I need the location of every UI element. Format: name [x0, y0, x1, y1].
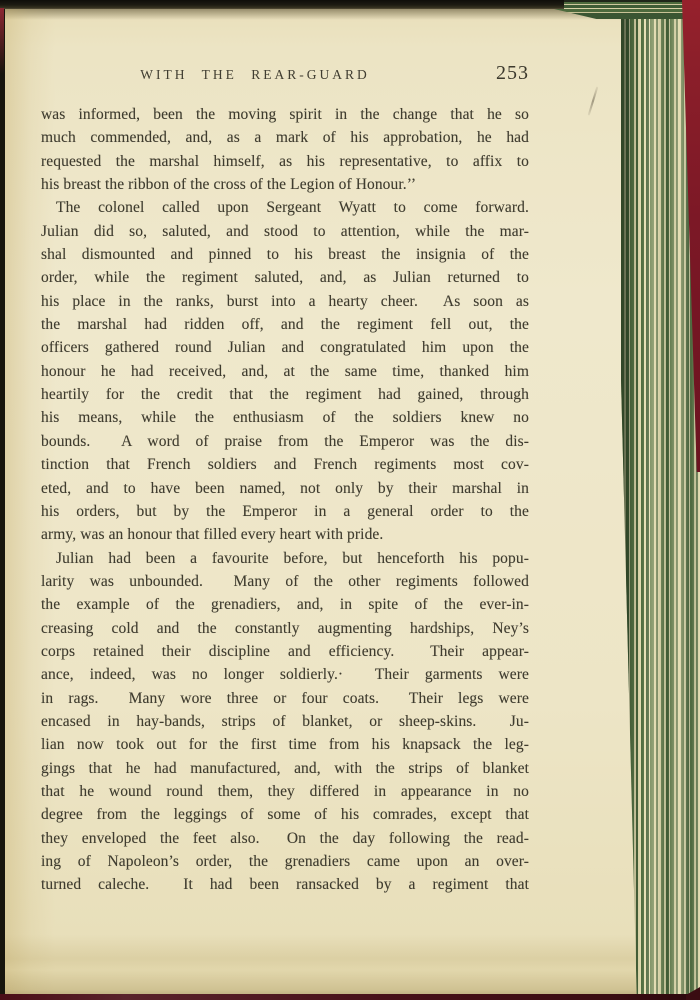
- text-line: degree from the leggings of some of his …: [41, 803, 529, 826]
- book-cover-left-sliver: [0, 8, 4, 74]
- text-line: shal dismounted and pinned to his breast…: [41, 243, 529, 266]
- text-line: Julian did so, saluted, and stood to att…: [41, 220, 529, 243]
- book-bottom-cover-edge: [0, 994, 696, 1000]
- text-line: encased in hay-bands, strips of blanket,…: [41, 710, 529, 733]
- text-line: gings that he had manufactured, and, wit…: [41, 757, 529, 780]
- text-line: army, was an honour that filled every he…: [41, 523, 529, 546]
- text-line: corps retained their discipline and effi…: [41, 640, 529, 663]
- text-line: eted, and to have been named, not only b…: [41, 477, 529, 500]
- scanned-book-photo: WITH THE REAR-GUARD 253 was informed, be…: [0, 0, 700, 1000]
- text-line: much commended, and, as a mark of his ap…: [41, 126, 529, 149]
- text-line: officers gathered round Julian and congr…: [41, 336, 529, 359]
- text-line: The colonel called upon Sergeant Wyatt t…: [41, 196, 529, 219]
- book-top-edge-shadow: [0, 0, 564, 9]
- text-line: they enveloped the feet also. On the day…: [41, 827, 529, 850]
- running-header: WITH THE REAR-GUARD: [41, 67, 529, 83]
- text-line: order, while the regiment saluted, and, …: [41, 266, 529, 289]
- book-page: WITH THE REAR-GUARD 253 was informed, be…: [5, 9, 639, 996]
- text-line: tinction that French soldiers and French…: [41, 453, 529, 476]
- text-line: the example of the grenadiers, and, in s…: [41, 593, 529, 616]
- text-line: requested the marshal himself, as his re…: [41, 150, 529, 173]
- text-line: the marshal had ridden off, and the regi…: [41, 313, 529, 336]
- text-line: turned caleche. It had been ransacked by…: [41, 873, 529, 896]
- text-line: Julian had been a favourite before, but …: [41, 547, 529, 570]
- page-text: was informed, been the moving spirit in …: [41, 103, 529, 897]
- text-line: his breast the ribbon of the cross of th…: [41, 173, 529, 196]
- text-line: in rags. Many wore three or four coats. …: [41, 687, 529, 710]
- text-line: his place in the ranks, burst into a hea…: [41, 290, 529, 313]
- text-line: heartily for the credit that the regimen…: [41, 383, 529, 406]
- text-line: was informed, been the moving spirit in …: [41, 103, 529, 126]
- text-line: creasing cold and the constantly augment…: [41, 617, 529, 640]
- text-line: bounds. A word of praise from the Empero…: [41, 430, 529, 453]
- text-line: ance, indeed, was no longer soldierly.· …: [41, 663, 529, 686]
- text-line: lian now took out for the first time fro…: [41, 733, 529, 756]
- text-line: honour he had received, and, at the same…: [41, 360, 529, 383]
- page-header: WITH THE REAR-GUARD 253: [41, 67, 529, 91]
- text-line: his means, while the enthusiasm of the s…: [41, 406, 529, 429]
- text-line: that he wound round them, they differed …: [41, 780, 529, 803]
- text-line: his orders, but by the Emperor in a gene…: [41, 500, 529, 523]
- text-line: ing of Napoleon’s order, the grenadiers …: [41, 850, 529, 873]
- page-number: 253: [496, 62, 529, 85]
- text-line: larity was unbounded. Many of the other …: [41, 570, 529, 593]
